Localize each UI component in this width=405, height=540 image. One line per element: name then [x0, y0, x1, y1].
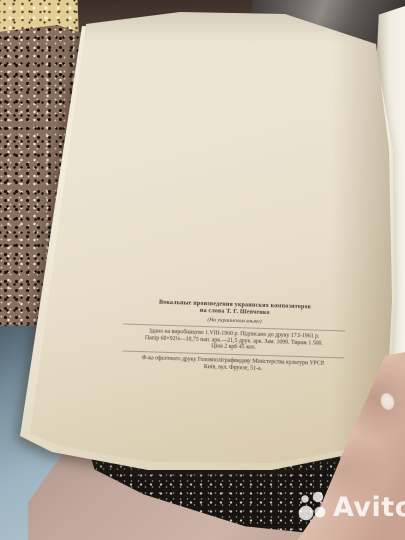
- avito-watermark: Avito: [296, 490, 405, 524]
- avito-logo-icon: [296, 490, 330, 524]
- avito-wordmark: Avito: [333, 494, 405, 521]
- colophon-block: Вокальные произведения украинских композ…: [118, 298, 350, 375]
- book-photo: Вокальные произведения украинских композ…: [0, 0, 405, 540]
